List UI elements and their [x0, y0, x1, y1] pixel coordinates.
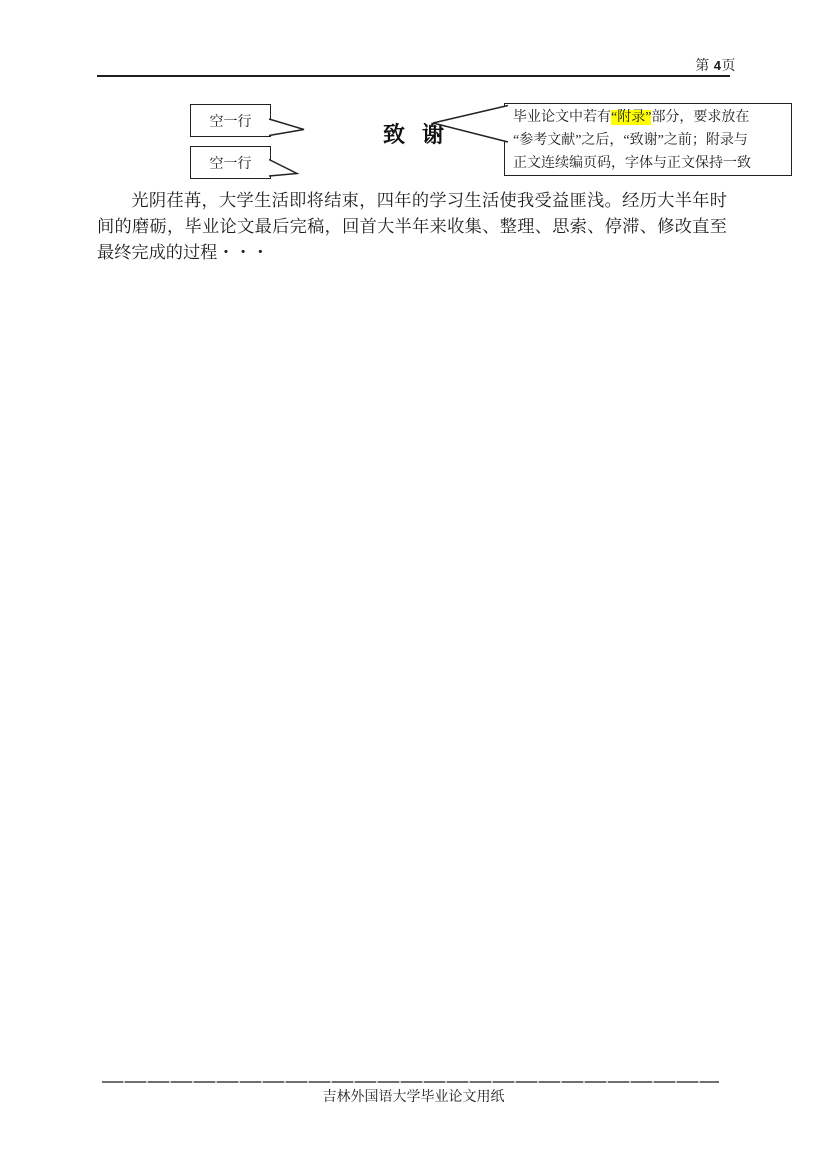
callout-empty-line-bottom[interactable]: 空一行: [190, 146, 271, 179]
page-number-prefix: 第: [695, 59, 714, 74]
section-title: 致 谢: [97, 120, 730, 150]
document-page: 第 4页 空一行 空一行 致 谢 毕业论文中若有“附录”部分，要求放在 “参考文…: [0, 0, 827, 1170]
footer-text: 吉林外国语大学毕业论文用纸: [97, 1086, 730, 1106]
page-number-suffix: 页: [722, 59, 737, 74]
appendix-note-line3: 正文连续编页码，字体与正文保持一致: [513, 152, 783, 175]
page-number: 第 4页: [695, 55, 736, 75]
body-paragraph: 光阴荏苒，大学生活即将结束，四年的学习生活使我受益匪浅。经历大半年时间的磨砺，毕…: [97, 188, 727, 266]
header-rule: [97, 75, 730, 77]
callout-pointer-bottom-box: [269, 160, 297, 177]
page-number-value: 4: [714, 58, 722, 73]
footer-rule: [102, 1081, 719, 1083]
callout-empty-line-bottom-label: 空一行: [210, 153, 252, 173]
